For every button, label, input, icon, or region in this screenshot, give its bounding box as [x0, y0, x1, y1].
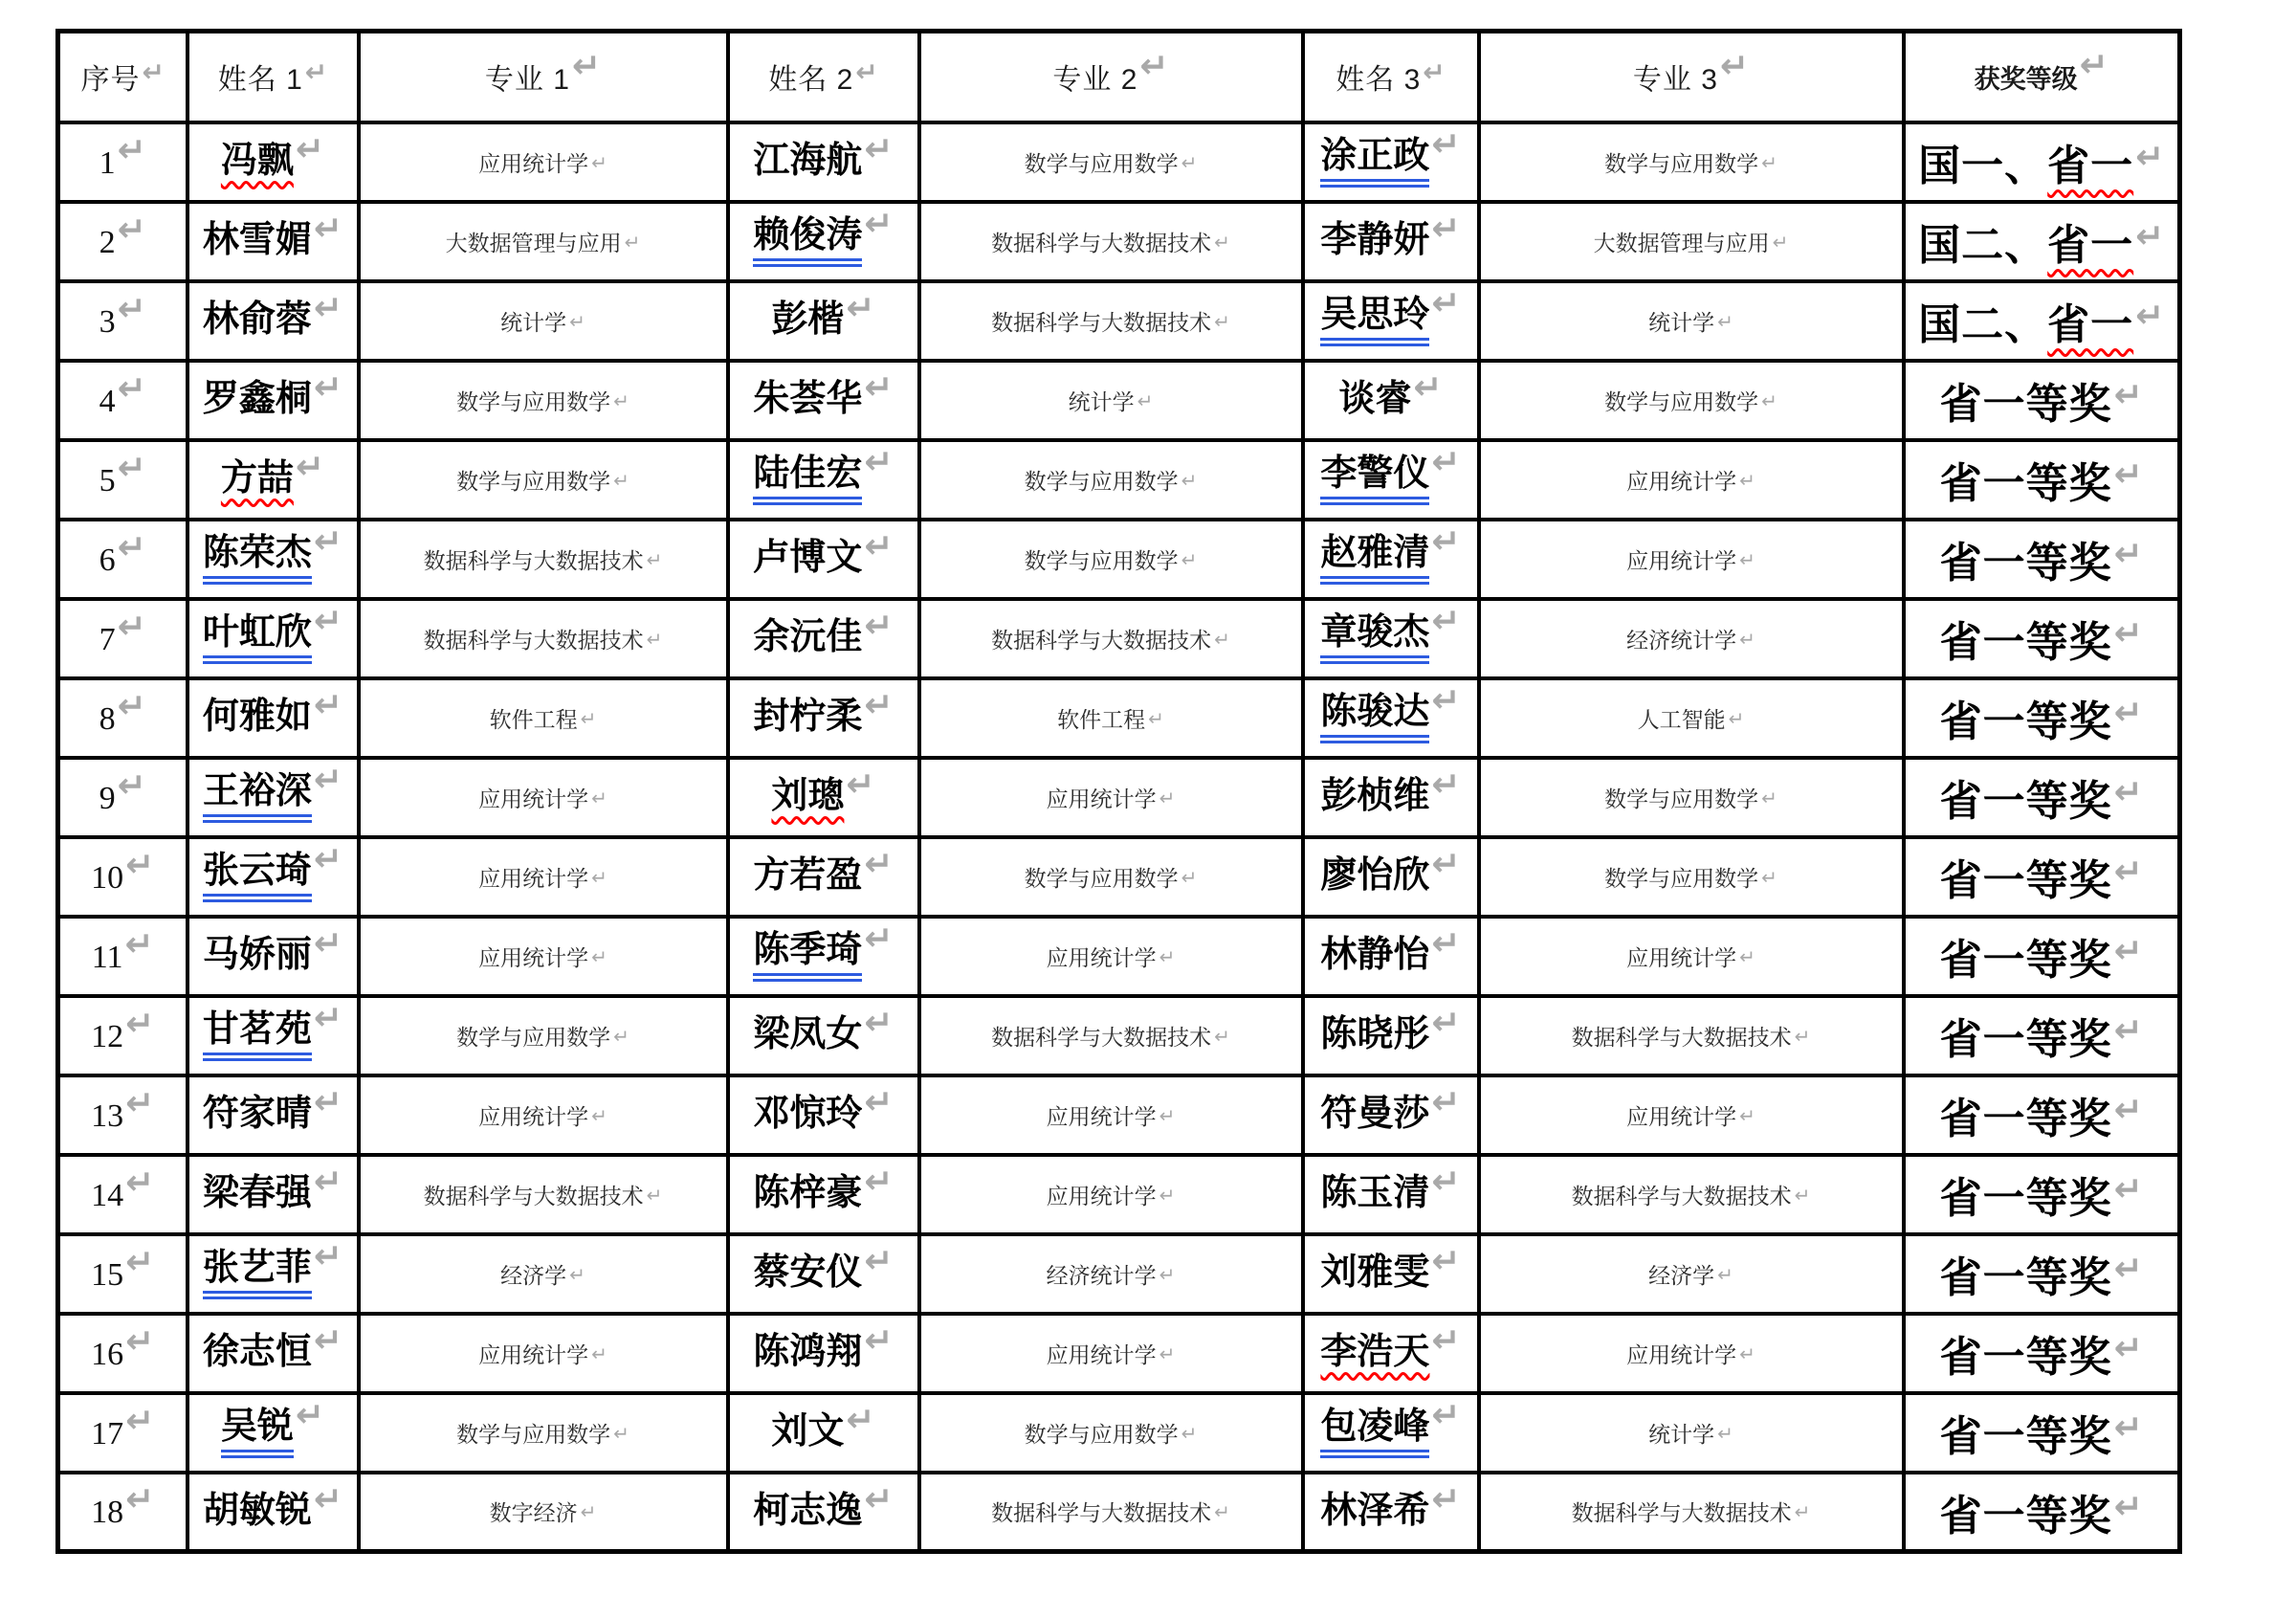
cell-name2[interactable]: 卢博文↵	[728, 520, 919, 599]
cell-major1[interactable]: 数学与应用数学↵	[359, 361, 728, 440]
return-mark-icon: ↵	[1139, 47, 1168, 86]
cell-name1[interactable]: 梁春强↵	[188, 1155, 359, 1234]
cell-index[interactable]: 4↵	[58, 361, 188, 440]
return-mark-icon: ↵	[1159, 1104, 1176, 1127]
return-mark-icon: ↵	[314, 602, 342, 641]
cell-major3[interactable]: 人工智能↵	[1479, 678, 1904, 758]
return-mark-icon: ↵	[1717, 310, 1733, 333]
award-level-main: 省一等奖	[1940, 1096, 2112, 1142]
table-row: 15↵ 张艺菲↵ 经济学↵ 蔡安仪↵ 经济统计学↵ 刘雅雯↵ 经济学↵ 省一等奖…	[58, 1234, 2180, 1314]
cell-index[interactable]: 10↵	[58, 837, 188, 917]
return-mark-icon: ↵	[1431, 924, 1460, 964]
student-major-3: 数据科学与大数据技术	[1572, 1500, 1792, 1525]
cell-major1[interactable]: 应用统计学↵	[359, 1314, 728, 1393]
cell-major1[interactable]: 数学与应用数学↵	[359, 440, 728, 520]
award-level-main: 省一等奖	[1940, 1175, 2112, 1222]
awards-table: 序号↵ 姓名 1↵ 专业 1↵ 姓名 2↵ 专业 2↵ 姓名 3↵ 专业 3↵ …	[55, 29, 2182, 1554]
return-mark-icon: ↵	[647, 628, 663, 651]
cell-major3[interactable]: 经济统计学↵	[1479, 599, 1904, 678]
return-mark-icon: ↵	[118, 766, 146, 806]
cell-name2[interactable]: 陆佳宏↵	[728, 440, 919, 520]
cell-major1[interactable]: 应用统计学↵	[359, 122, 728, 202]
cell-award[interactable]: 省一等奖↵	[1904, 1314, 2180, 1393]
return-mark-icon: ↵	[1431, 1163, 1460, 1202]
cell-major2[interactable]: 数学与应用数学↵	[919, 837, 1303, 917]
cell-major2[interactable]: 数学与应用数学↵	[919, 440, 1303, 520]
cell-award[interactable]: 省一等奖↵	[1904, 599, 2180, 678]
cell-major3[interactable]: 经济学↵	[1479, 1234, 1904, 1314]
cell-name3[interactable]: 彭桢维↵	[1303, 758, 1479, 837]
award-level-main: 省一等奖	[1940, 698, 2112, 745]
table-row: 11↵ 马娇丽↵ 应用统计学↵ 陈季琦↵ 应用统计学↵ 林静怡↵ 应用统计学↵ …	[58, 917, 2180, 996]
cell-name3[interactable]: 赵雅清↵	[1303, 520, 1479, 599]
cell-name2[interactable]: 梁凤女↵	[728, 996, 919, 1075]
cell-award[interactable]: 省一等奖↵	[1904, 917, 2180, 996]
row-index: 18	[91, 1495, 123, 1530]
award-level-marked: 省一	[2047, 301, 2133, 348]
header-label-major3: 专业 3	[1633, 64, 1718, 96]
student-name-3: 吴思玲	[1320, 295, 1429, 347]
student-name-2: 江海航	[753, 141, 862, 183]
cell-name3[interactable]: 李浩天↵	[1303, 1314, 1479, 1393]
return-mark-icon: ↵	[2135, 297, 2164, 336]
cell-major3[interactable]: 应用统计学↵	[1479, 917, 1904, 996]
student-name-2: 赖俊涛	[753, 215, 862, 268]
cell-award[interactable]: 国一、省一↵	[1904, 122, 2180, 202]
cell-name1[interactable]: 冯飘↵	[188, 122, 359, 202]
cell-major2[interactable]: 数据科学与大数据技术↵	[919, 202, 1303, 281]
student-major-2: 应用统计学	[1047, 787, 1157, 811]
student-name-3: 陈玉清	[1320, 1173, 1429, 1215]
cell-name2[interactable]: 赖俊涛↵	[728, 202, 919, 281]
return-mark-icon: ↵	[125, 1402, 154, 1441]
cell-index[interactable]: 12↵	[58, 996, 188, 1075]
cell-name3[interactable]: 陈玉清↵	[1303, 1155, 1479, 1234]
student-major-1: 数学与应用数学	[456, 1422, 610, 1447]
cell-name1[interactable]: 林俞蓉↵	[188, 281, 359, 361]
cell-major1[interactable]: 数据科学与大数据技术↵	[359, 599, 728, 678]
cell-index[interactable]: 17↵	[58, 1393, 188, 1473]
student-name-1: 罗鑫桐	[203, 379, 312, 421]
cell-index[interactable]: 11↵	[58, 917, 188, 996]
cell-award[interactable]: 国二、省一↵	[1904, 281, 2180, 361]
cell-name1[interactable]: 陈荣杰↵	[188, 520, 359, 599]
cell-major3[interactable]: 数学与应用数学↵	[1479, 837, 1904, 917]
award-level: 省一等奖	[1940, 1254, 2112, 1301]
cell-name3[interactable]: 林静怡↵	[1303, 917, 1479, 996]
return-mark-icon: ↵	[864, 130, 893, 169]
return-mark-icon: ↵	[1431, 1242, 1460, 1281]
return-mark-icon: ↵	[625, 231, 641, 254]
cell-major3[interactable]: 统计学↵	[1479, 281, 1904, 361]
return-mark-icon: ↵	[1761, 151, 1777, 174]
student-major-2: 数据科学与大数据技术	[991, 1025, 1211, 1050]
cell-award[interactable]: 省一等奖↵	[1904, 361, 2180, 440]
student-name-1: 王裕深	[203, 771, 312, 824]
return-mark-icon: ↵	[314, 1237, 342, 1276]
award-level: 省一等奖	[1940, 1096, 2112, 1142]
cell-major2[interactable]: 应用统计学↵	[919, 1155, 1303, 1234]
header-cell-name2[interactable]: 姓名 2↵	[728, 32, 919, 122]
header-cell-major1[interactable]: 专业 1↵	[359, 32, 728, 122]
cell-award[interactable]: 省一等奖↵	[1904, 758, 2180, 837]
return-mark-icon: ↵	[2114, 1250, 2143, 1289]
cell-name3[interactable]: 涂正政↵	[1303, 122, 1479, 202]
cell-major3[interactable]: 数学与应用数学↵	[1479, 361, 1904, 440]
return-mark-icon: ↵	[2114, 694, 2143, 733]
cell-index[interactable]: 14↵	[58, 1155, 188, 1234]
student-major-1: 软件工程	[490, 707, 578, 732]
cell-name1[interactable]: 徐志恒↵	[188, 1314, 359, 1393]
cell-major3[interactable]: 数据科学与大数据技术↵	[1479, 1155, 1904, 1234]
cell-major2[interactable]: 数据科学与大数据技术↵	[919, 1473, 1303, 1552]
cell-name3[interactable]: 刘雅雯↵	[1303, 1234, 1479, 1314]
award-level-main: 省一等奖	[1940, 1254, 2112, 1301]
award-level: 国二、省一	[1918, 301, 2133, 348]
award-level-main: 省一等奖	[1940, 857, 2112, 904]
student-name-3: 涂正政	[1320, 136, 1429, 188]
return-mark-icon: ↵	[296, 448, 324, 487]
student-major-2: 统计学	[1069, 389, 1135, 414]
cell-name2[interactable]: 方若盈↵	[728, 837, 919, 917]
cell-name2[interactable]: 邓惊玲↵	[728, 1075, 919, 1155]
return-mark-icon: ↵	[2114, 535, 2143, 574]
award-level: 国二、省一	[1918, 222, 2133, 269]
cell-name3[interactable]: 李静妍↵	[1303, 202, 1479, 281]
cell-name3[interactable]: 林泽希↵	[1303, 1473, 1479, 1552]
header-cell-name1[interactable]: 姓名 1↵	[188, 32, 359, 122]
return-mark-icon: ↵	[1431, 125, 1460, 165]
cell-major1[interactable]: 数学与应用数学↵	[359, 996, 728, 1075]
return-mark-icon: ↵	[864, 1480, 893, 1519]
student-name-1: 方喆	[221, 458, 294, 500]
row-index: 13	[91, 1098, 123, 1134]
award-level: 省一等奖	[1940, 857, 2112, 904]
cell-name2[interactable]: 余沅佳↵	[728, 599, 919, 678]
return-mark-icon: ↵	[2114, 614, 2143, 654]
return-mark-icon: ↵	[2114, 1488, 2143, 1527]
student-name-1: 叶虹欣	[203, 612, 312, 665]
cell-major3[interactable]: 统计学↵	[1479, 1393, 1904, 1473]
table-row: 13↵ 符家晴↵ 应用统计学↵ 邓惊玲↵ 应用统计学↵ 符曼莎↵ 应用统计学↵ …	[58, 1075, 2180, 1155]
cell-index[interactable]: 13↵	[58, 1075, 188, 1155]
return-mark-icon: ↵	[314, 924, 342, 964]
table-row: 12↵ 甘茗苑↵ 数学与应用数学↵ 梁凤女↵ 数据科学与大数据技术↵ 陈晓彤↵ …	[58, 996, 2180, 1075]
student-major-1: 应用统计学	[478, 787, 588, 811]
student-major-3: 应用统计学	[1626, 548, 1736, 573]
cell-award[interactable]: 省一等奖↵	[1904, 1473, 2180, 1552]
table-row: 4↵ 罗鑫桐↵ 数学与应用数学↵ 朱荟华↵ 统计学↵ 谈睿↵ 数学与应用数学↵ …	[58, 361, 2180, 440]
cell-name2[interactable]: 彭楷↵	[728, 281, 919, 361]
cell-name2[interactable]: 江海航↵	[728, 122, 919, 202]
cell-name2[interactable]: 刘文↵	[728, 1393, 919, 1473]
return-mark-icon: ↵	[305, 56, 327, 88]
cell-index[interactable]: 3↵	[58, 281, 188, 361]
cell-award[interactable]: 省一等奖↵	[1904, 678, 2180, 758]
cell-major2[interactable]: 数学与应用数学↵	[919, 122, 1303, 202]
cell-index[interactable]: 2↵	[58, 202, 188, 281]
cell-major3[interactable]: 大数据管理与应用↵	[1479, 202, 1904, 281]
cell-name2[interactable]: 柯志逸↵	[728, 1473, 919, 1552]
return-mark-icon: ↵	[314, 840, 342, 879]
cell-major3[interactable]: 应用统计学↵	[1479, 440, 1904, 520]
cell-index[interactable]: 8↵	[58, 678, 188, 758]
cell-major2[interactable]: 数据科学与大数据技术↵	[919, 599, 1303, 678]
student-name-2: 刘文	[771, 1411, 844, 1453]
cell-name1[interactable]: 马娇丽↵	[188, 917, 359, 996]
row-index: 15	[91, 1257, 123, 1293]
return-mark-icon: ↵	[118, 369, 146, 409]
cell-name1[interactable]: 林雪媚↵	[188, 202, 359, 281]
return-mark-icon: ↵	[2114, 773, 2143, 812]
table-row: 2↵ 林雪媚↵ 大数据管理与应用↵ 赖俊涛↵ 数据科学与大数据技术↵ 李静妍↵ …	[58, 202, 2180, 281]
cell-major1[interactable]: 数学与应用数学↵	[359, 1393, 728, 1473]
student-major-1: 应用统计学	[478, 1342, 588, 1367]
cell-index[interactable]: 5↵	[58, 440, 188, 520]
student-name-1: 林雪媚	[203, 220, 312, 262]
table-row: 6↵ 陈荣杰↵ 数据科学与大数据技术↵ 卢博文↵ 数学与应用数学↵ 赵雅清↵ 应…	[58, 520, 2180, 599]
return-mark-icon: ↵	[864, 527, 893, 566]
cell-name1[interactable]: 甘茗苑↵	[188, 996, 359, 1075]
cell-major3[interactable]: 数学与应用数学↵	[1479, 122, 1904, 202]
cell-major1[interactable]: 统计学↵	[359, 281, 728, 361]
cell-major2[interactable]: 应用统计学↵	[919, 1314, 1303, 1393]
document-page: 序号↵ 姓名 1↵ 专业 1↵ 姓名 2↵ 专业 2↵ 姓名 3↵ 专业 3↵ …	[0, 0, 2296, 1618]
return-mark-icon: ↵	[864, 443, 893, 482]
header-cell-name3[interactable]: 姓名 3↵	[1303, 32, 1479, 122]
return-mark-icon: ↵	[314, 999, 342, 1038]
return-mark-icon: ↵	[1423, 56, 1445, 88]
return-mark-icon: ↵	[314, 761, 342, 800]
header-cell-major2[interactable]: 专业 2↵	[919, 32, 1303, 122]
return-mark-icon: ↵	[864, 1163, 893, 1202]
cell-index[interactable]: 7↵	[58, 599, 188, 678]
return-mark-icon: ↵	[1431, 284, 1460, 323]
return-mark-icon: ↵	[2135, 138, 2164, 177]
cell-major1[interactable]: 应用统计学↵	[359, 1075, 728, 1155]
award-level: 省一等奖	[1940, 1493, 2112, 1540]
return-mark-icon: ↵	[125, 846, 154, 885]
cell-major3[interactable]: 应用统计学↵	[1479, 520, 1904, 599]
student-major-1: 数学与应用数学	[456, 389, 610, 414]
return-mark-icon: ↵	[296, 1396, 324, 1435]
cell-name2[interactable]: 朱荟华↵	[728, 361, 919, 440]
cell-award[interactable]: 省一等奖↵	[1904, 440, 2180, 520]
cell-name2[interactable]: 陈梓豪↵	[728, 1155, 919, 1234]
return-mark-icon: ↵	[1720, 47, 1749, 86]
student-name-1: 马娇丽	[203, 935, 312, 977]
return-mark-icon: ↵	[314, 289, 342, 328]
student-name-2: 封柠柔	[753, 697, 862, 739]
cell-name3[interactable]: 谈睿↵	[1303, 361, 1479, 440]
student-name-3: 林静怡	[1320, 935, 1429, 977]
cell-major1[interactable]: 应用统计学↵	[359, 837, 728, 917]
cell-name1[interactable]: 符家晴↵	[188, 1075, 359, 1155]
table-row: 16↵ 徐志恒↵ 应用统计学↵ 陈鸿翔↵ 应用统计学↵ 李浩天↵ 应用统计学↵ …	[58, 1314, 2180, 1393]
award-level: 省一等奖	[1940, 1016, 2112, 1063]
student-name-3: 陈晓彤	[1320, 1014, 1429, 1056]
student-name-2: 蔡安仪	[753, 1252, 862, 1295]
cell-index[interactable]: 6↵	[58, 520, 188, 599]
student-major-2: 数学与应用数学	[1025, 151, 1179, 176]
cell-major2[interactable]: 应用统计学↵	[919, 758, 1303, 837]
return-mark-icon: ↵	[1431, 681, 1460, 720]
cell-award[interactable]: 省一等奖↵	[1904, 1075, 2180, 1155]
row-index: 8	[99, 701, 116, 737]
award-level-main: 省一等奖	[1940, 1493, 2112, 1540]
student-major-1: 应用统计学	[478, 866, 588, 891]
student-major-2: 软件工程	[1057, 707, 1145, 732]
cell-name3[interactable]: 廖怡欣↵	[1303, 837, 1479, 917]
cell-major1[interactable]: 软件工程↵	[359, 678, 728, 758]
cell-name1[interactable]: 叶虹欣↵	[188, 599, 359, 678]
cell-award[interactable]: 省一等奖↵	[1904, 1155, 2180, 1234]
cell-name3[interactable]: 陈晓彤↵	[1303, 996, 1479, 1075]
return-mark-icon: ↵	[2135, 217, 2164, 256]
cell-major2[interactable]: 数学与应用数学↵	[919, 520, 1303, 599]
cell-index[interactable]: 18↵	[58, 1473, 188, 1552]
cell-major2[interactable]: 数据科学与大数据技术↵	[919, 996, 1303, 1075]
award-level-main: 省一等奖	[1940, 778, 2112, 825]
cell-award[interactable]: 省一等奖↵	[1904, 996, 2180, 1075]
cell-major2[interactable]: 软件工程↵	[919, 678, 1303, 758]
cell-index[interactable]: 15↵	[58, 1234, 188, 1314]
return-mark-icon: ↵	[864, 1321, 893, 1361]
row-index: 10	[91, 860, 123, 896]
return-mark-icon: ↵	[125, 1005, 154, 1044]
student-major-1: 大数据管理与应用	[446, 231, 622, 255]
student-name-2: 彭楷	[771, 299, 844, 342]
cell-major1[interactable]: 应用统计学↵	[359, 758, 728, 837]
cell-name1[interactable]: 张艺菲↵	[188, 1234, 359, 1314]
student-major-1: 经济学	[500, 1263, 566, 1288]
table-row: 17↵ 吴锐↵ 数学与应用数学↵ 刘文↵ 数学与应用数学↵ 包凌峰↵ 统计学↵ …	[58, 1393, 2180, 1473]
cell-major3[interactable]: 数据科学与大数据技术↵	[1479, 1473, 1904, 1552]
header-label-name3: 姓名 3	[1336, 64, 1421, 96]
award-level: 省一等奖	[1940, 381, 2112, 428]
row-index: 14	[91, 1178, 123, 1213]
cell-major3[interactable]: 应用统计学↵	[1479, 1075, 1904, 1155]
cell-name2[interactable]: 蔡安仪↵	[728, 1234, 919, 1314]
student-major-1: 数据科学与大数据技术	[424, 628, 644, 653]
cell-name3[interactable]: 吴思玲↵	[1303, 281, 1479, 361]
return-mark-icon: ↵	[1431, 1321, 1460, 1361]
cell-major2[interactable]: 数据科学与大数据技术↵	[919, 281, 1303, 361]
row-index: 1	[99, 145, 116, 181]
cell-major2[interactable]: 数学与应用数学↵	[919, 1393, 1303, 1473]
cell-major2[interactable]: 统计学↵	[919, 361, 1303, 440]
return-mark-icon: ↵	[118, 687, 146, 726]
header-label-num: 序号	[81, 64, 141, 96]
return-mark-icon: ↵	[591, 1342, 607, 1365]
cell-award[interactable]: 省一等奖↵	[1904, 1234, 2180, 1314]
award-level: 省一等奖	[1940, 778, 2112, 825]
return-mark-icon: ↵	[1773, 231, 1789, 254]
cell-name1[interactable]: 何雅如↵	[188, 678, 359, 758]
student-major-2: 应用统计学	[1047, 945, 1157, 970]
return-mark-icon: ↵	[1431, 1480, 1460, 1519]
student-name-1: 张云琦	[203, 851, 312, 903]
return-mark-icon: ↵	[647, 1184, 663, 1207]
cell-name2[interactable]: 陈鸿翔↵	[728, 1314, 919, 1393]
cell-name1[interactable]: 王裕深↵	[188, 758, 359, 837]
return-mark-icon: ↵	[118, 449, 146, 488]
return-mark-icon: ↵	[1431, 845, 1460, 884]
table-row: 14↵ 梁春强↵ 数据科学与大数据技术↵ 陈梓豪↵ 应用统计学↵ 陈玉清↵ 数据…	[58, 1155, 2180, 1234]
cell-major2[interactable]: 应用统计学↵	[919, 917, 1303, 996]
cell-major1[interactable]: 应用统计学↵	[359, 917, 728, 996]
table-row: 10↵ 张云琦↵ 应用统计学↵ 方若盈↵ 数学与应用数学↵ 廖怡欣↵ 数学与应用…	[58, 837, 2180, 917]
student-name-1: 符家晴	[203, 1094, 312, 1136]
cell-award[interactable]: 省一等奖↵	[1904, 520, 2180, 599]
cell-name3[interactable]: 包凌峰↵	[1303, 1393, 1479, 1473]
return-mark-icon: ↵	[314, 210, 342, 249]
student-name-2: 方若盈	[753, 855, 862, 898]
return-mark-icon: ↵	[2114, 853, 2143, 892]
return-mark-icon: ↵	[591, 866, 607, 889]
header-cell-num[interactable]: 序号↵	[58, 32, 188, 122]
cell-major3[interactable]: 数据科学与大数据技术↵	[1479, 996, 1904, 1075]
return-mark-icon: ↵	[1214, 231, 1230, 254]
cell-major2[interactable]: 经济统计学↵	[919, 1234, 1303, 1314]
cell-major1[interactable]: 数据科学与大数据技术↵	[359, 520, 728, 599]
award-level: 省一等奖	[1940, 619, 2112, 666]
cell-name1[interactable]: 张云琦↵	[188, 837, 359, 917]
cell-name3[interactable]: 章骏杰↵	[1303, 599, 1479, 678]
return-mark-icon: ↵	[1214, 1025, 1230, 1048]
cell-name1[interactable]: 胡敏锐↵	[188, 1473, 359, 1552]
cell-name1[interactable]: 吴锐↵	[188, 1393, 359, 1473]
cell-major1[interactable]: 经济学↵	[359, 1234, 728, 1314]
cell-index[interactable]: 1↵	[58, 122, 188, 202]
cell-name3[interactable]: 陈骏达↵	[1303, 678, 1479, 758]
cell-name2[interactable]: 封柠柔↵	[728, 678, 919, 758]
return-mark-icon: ↵	[2114, 1011, 2143, 1051]
cell-major1[interactable]: 大数据管理与应用↵	[359, 202, 728, 281]
cell-index[interactable]: 16↵	[58, 1314, 188, 1393]
cell-name3[interactable]: 符曼莎↵	[1303, 1075, 1479, 1155]
cell-major1[interactable]: 数据科学与大数据技术↵	[359, 1155, 728, 1234]
return-mark-icon: ↵	[1431, 443, 1460, 482]
return-mark-icon: ↵	[314, 1321, 342, 1361]
student-name-1: 林俞蓉	[203, 299, 312, 342]
header-cell-award[interactable]: 获奖等级↵	[1904, 32, 2180, 122]
return-mark-icon: ↵	[314, 368, 342, 408]
header-cell-major3[interactable]: 专业 3↵	[1479, 32, 1904, 122]
cell-major3[interactable]: 应用统计学↵	[1479, 1314, 1904, 1393]
cell-index[interactable]: 9↵	[58, 758, 188, 837]
cell-major3[interactable]: 数学与应用数学↵	[1479, 758, 1904, 837]
cell-name2[interactable]: 刘璁↵	[728, 758, 919, 837]
cell-major1[interactable]: 数字经济↵	[359, 1473, 728, 1552]
student-name-3: 陈骏达	[1320, 692, 1429, 744]
cell-name1[interactable]: 方喆↵	[188, 440, 359, 520]
return-mark-icon: ↵	[1431, 1083, 1460, 1122]
return-mark-icon: ↵	[864, 1004, 893, 1043]
award-level: 省一等奖	[1940, 698, 2112, 745]
cell-award[interactable]: 省一等奖↵	[1904, 837, 2180, 917]
return-mark-icon: ↵	[1729, 707, 1745, 730]
cell-name3[interactable]: 李警仪↵	[1303, 440, 1479, 520]
cell-award[interactable]: 省一等奖↵	[1904, 1393, 2180, 1473]
cell-major2[interactable]: 应用统计学↵	[919, 1075, 1303, 1155]
return-mark-icon: ↵	[864, 920, 893, 959]
cell-name1[interactable]: 罗鑫桐↵	[188, 361, 359, 440]
cell-award[interactable]: 国二、省一↵	[1904, 202, 2180, 281]
cell-name2[interactable]: 陈季琦↵	[728, 917, 919, 996]
return-mark-icon: ↵	[125, 1243, 154, 1282]
student-name-2: 卢博文	[753, 538, 862, 580]
